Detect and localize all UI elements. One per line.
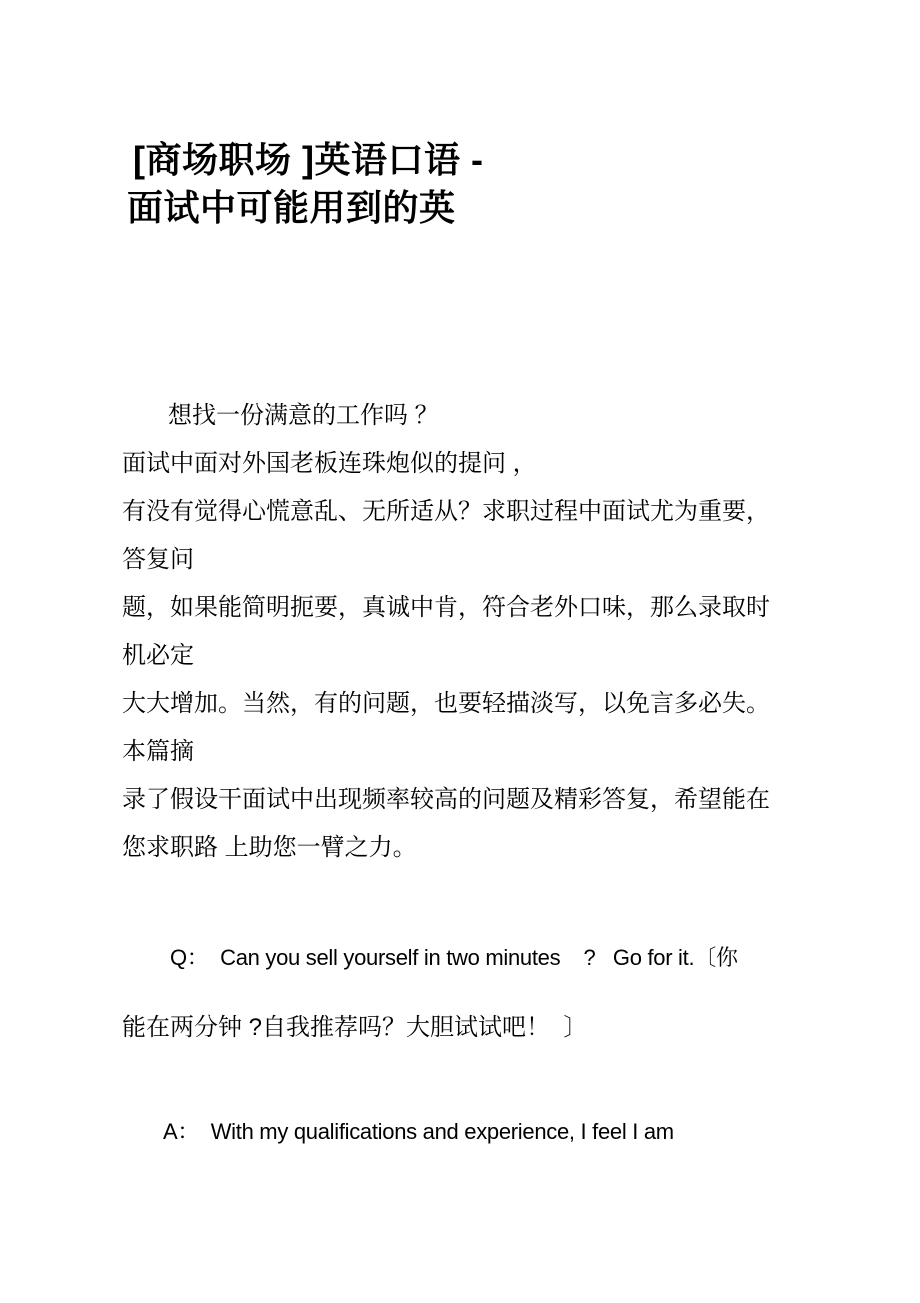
intro-paragraph-line: 答复问 bbox=[122, 546, 194, 575]
document-page: [商场职场 ]英语口语 - 面试中可能用到的英 想找一份满意的工作吗 ？ 面试中… bbox=[0, 0, 920, 1303]
intro-paragraph-line: 您求职路 上助您一臂之力。 bbox=[122, 834, 417, 863]
intro-paragraph-line: 面试中面对外国老板连珠炮似的提问 ， bbox=[122, 450, 537, 479]
intro-paragraph-line: 机必定 bbox=[122, 642, 194, 671]
intro-paragraph-line: 本篇摘 bbox=[122, 738, 194, 767]
intro-paragraph-line: 想找一份满意的工作吗 ？ bbox=[168, 402, 439, 431]
qa-answer-line-1: A： With my qualifications and experience… bbox=[163, 1119, 674, 1145]
document-title-line-2: 面试中可能用到的英 bbox=[127, 186, 456, 229]
qa-question-line-1: Q： Can you sell yourself in two minutes … bbox=[170, 945, 738, 971]
intro-paragraph-line: 大大增加。当然，有的问题，也要轻描淡写，以免言多必失。 bbox=[122, 690, 770, 719]
document-title-line-1: [商场职场 ]英语口语 - bbox=[133, 138, 483, 181]
intro-paragraph-line: 有没有觉得心慌意乱、无所适从？求职过程中面试尤为重要， bbox=[122, 498, 770, 527]
qa-question-line-2: 能在两分钟 ?自我推荐吗？大胆试试吧！ 〕 bbox=[122, 1014, 587, 1043]
intro-paragraph-line: 录了假设干面试中出现频率较高的问题及精彩答复，希望能在 bbox=[122, 786, 770, 815]
intro-paragraph-line: 题，如果能简明扼要，真诚中肯，符合老外口味，那么录取时 bbox=[122, 594, 770, 623]
